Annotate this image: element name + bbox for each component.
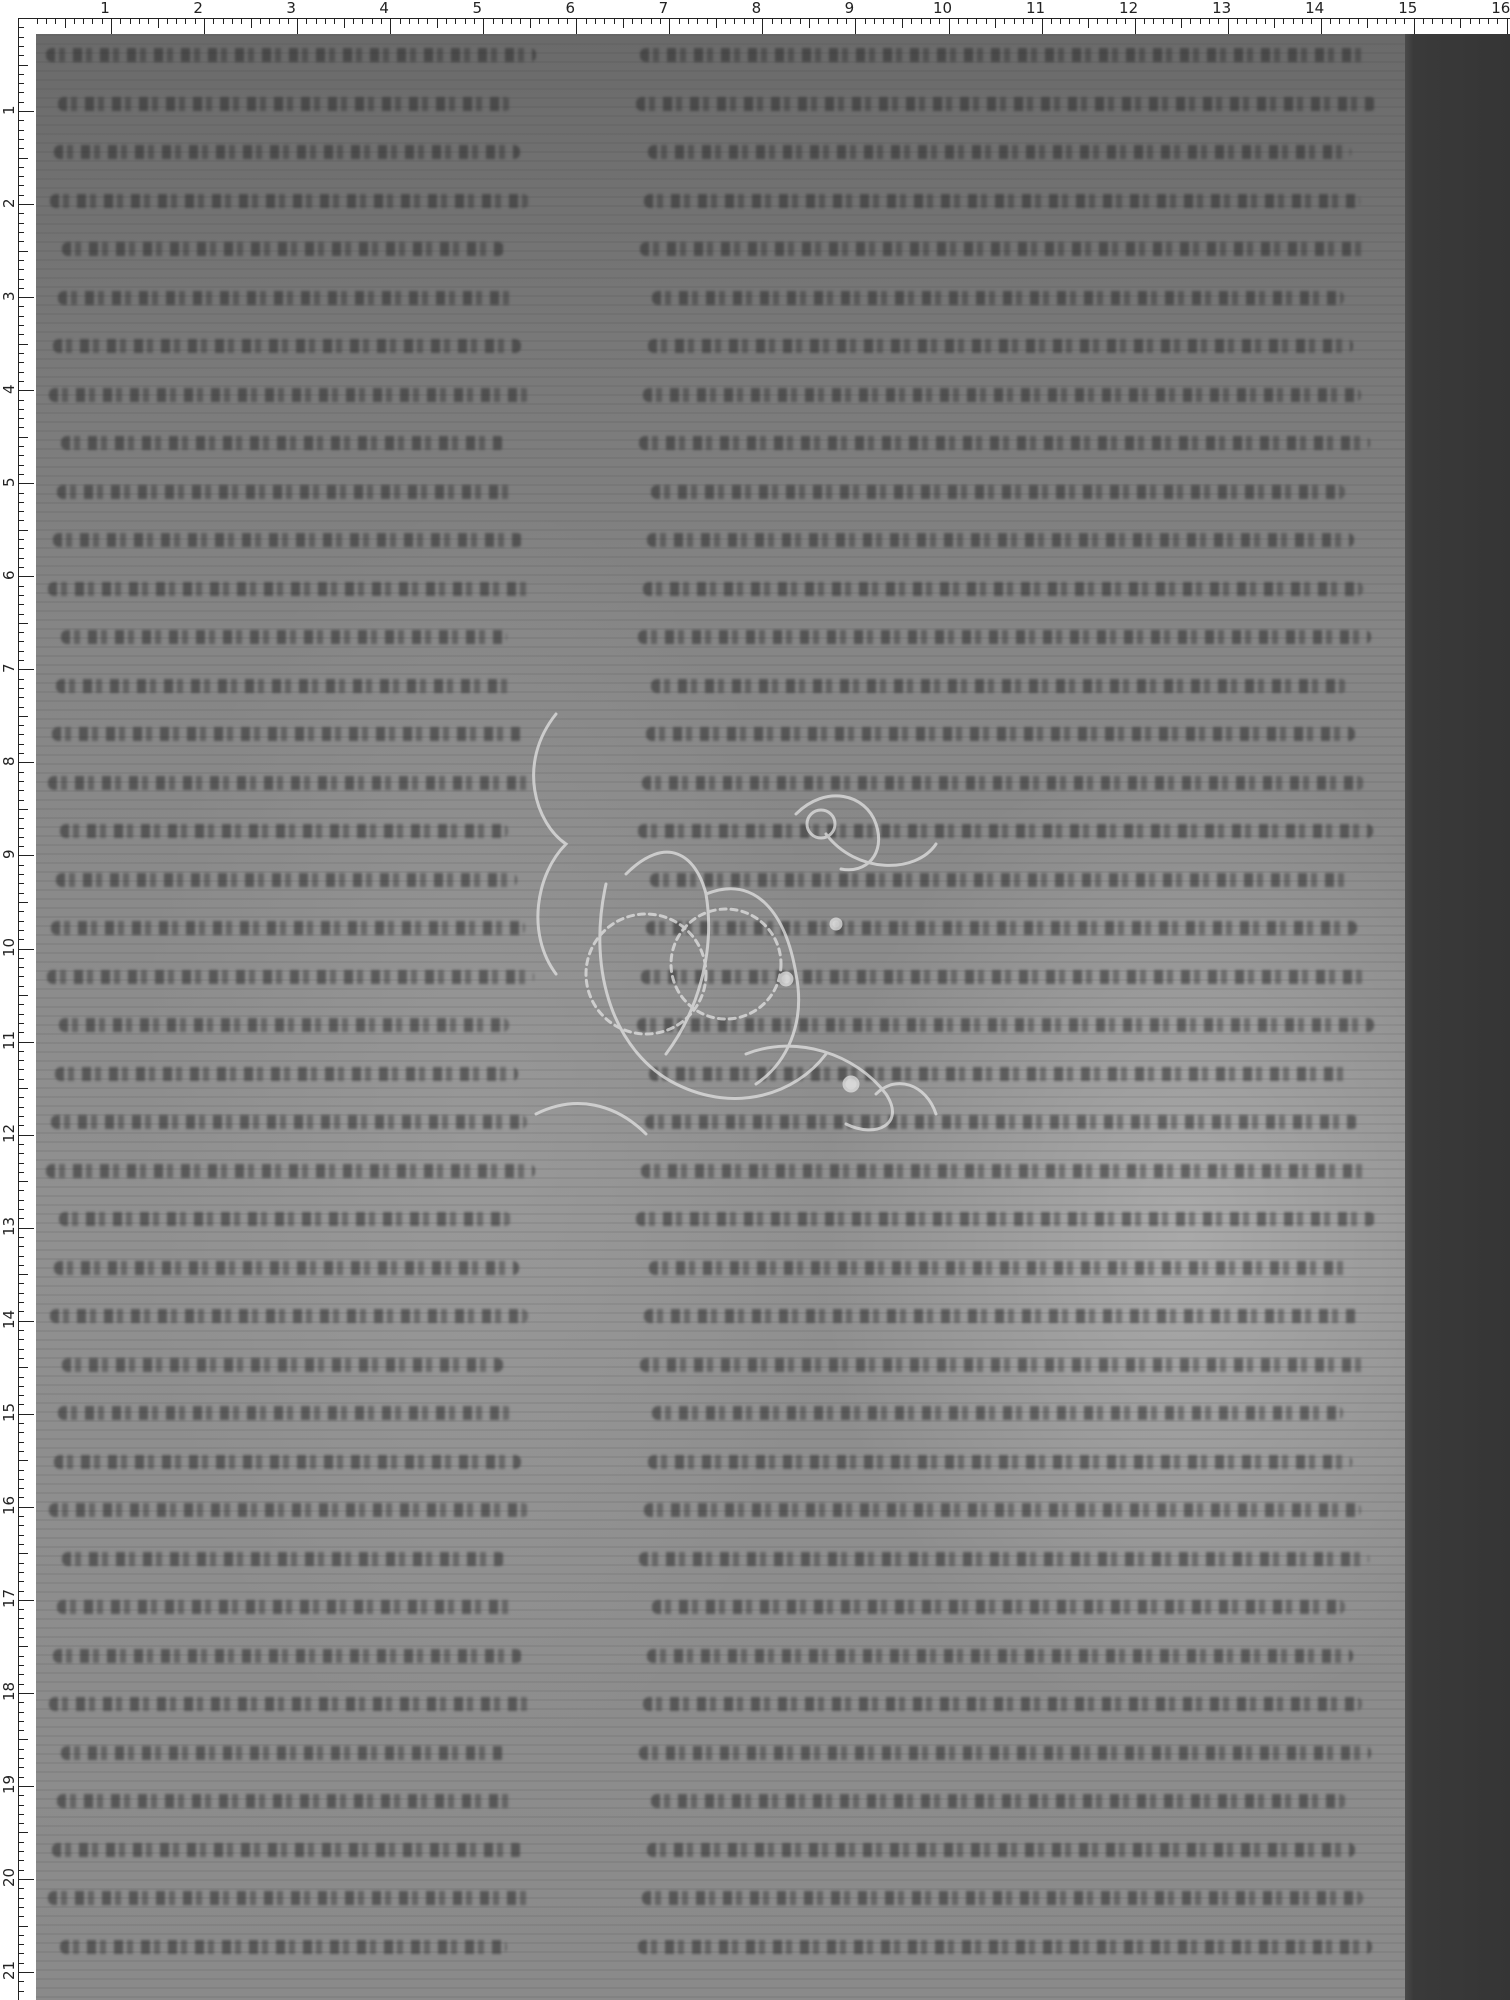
ruler-tick [37,18,38,24]
manuscript-text-line [62,1358,503,1372]
ruler-tick [18,902,28,903]
ruler-tick [539,18,540,24]
ruler-tick [18,1684,24,1685]
ruler-tick [865,18,866,24]
ruler-tick [18,586,24,587]
ruler-tick [446,18,447,24]
ruler-tick [18,1563,24,1564]
ruler-tick [1442,18,1443,24]
page-edge-shadow [1405,34,1510,2000]
ruler-tick [18,455,24,456]
manuscript-text-line [59,1018,509,1032]
ruler-tick [18,623,28,624]
manuscript-text-line [50,1309,528,1323]
ruler-tick [1470,18,1471,24]
manuscript-text-line [651,485,1345,499]
ruler-tick [18,353,24,354]
ruler-tick [18,1795,24,1796]
ruler-tick [18,232,24,233]
ruler-tick [614,18,615,24]
ruler-tick [18,762,34,763]
manuscript-text-line [60,824,508,838]
ruler-tick [18,1404,24,1405]
ruler-tick [18,1423,24,1424]
manuscript-text-line [46,48,536,62]
ruler-tick [18,855,34,856]
ruler-tick [148,18,149,24]
manuscript-text-line [47,970,534,984]
ruler-tick [18,688,24,689]
ruler-tick [18,1144,24,1145]
manuscript-text-line [643,582,1363,596]
ruler-tick [604,18,605,24]
ruler-tick [232,18,233,24]
ruler-tick [18,576,34,577]
ruler-tick [18,502,24,503]
ruler-tick [595,18,596,24]
ruler-tick [18,1879,34,1880]
ruler-tick [18,1200,24,1201]
ruler-tick [762,18,763,34]
ruler-tick [800,18,801,24]
ruler-tick [939,18,940,24]
ruler-tick [18,1079,24,1080]
ruler-tick [1144,18,1145,24]
ruler-tick [18,362,24,363]
ruler-tick [18,1116,24,1117]
ruler-tick [18,1367,28,1368]
manuscript-text-line [639,1746,1371,1760]
ruler-tick [18,1088,28,1089]
ruler-tick [18,809,28,810]
ruler-tick [18,1209,24,1210]
ruler-tick [18,893,24,894]
manuscript-text-line [61,630,507,644]
manuscript-text-line [56,873,517,887]
manuscript-text-line [638,1940,1372,1954]
ruler-tick [381,18,382,24]
ruler-tick [418,18,419,24]
ruler-tick [18,1739,28,1740]
ruler-tick [18,1349,24,1350]
ruler-tick [18,679,24,680]
ruler-tick [185,18,186,24]
ruler-tick [1404,18,1405,24]
ruler-tick [18,976,24,977]
ruler-tick [548,18,549,24]
manuscript-text-line [647,533,1354,547]
ruler-tick [1125,18,1126,24]
ruler-tick [18,1330,24,1331]
ruler-tick [828,18,829,24]
ruler-tick [18,1246,24,1247]
ruler-top-label: 5 [472,0,482,16]
ruler-tick [18,27,24,28]
manuscript-text-line [60,1940,507,1954]
manuscript-text-line [640,1358,1368,1372]
manuscript-text-line [636,1212,1375,1226]
ruler-tick [18,1060,24,1061]
ruler-tick [651,18,652,24]
ruler-tick [809,18,810,28]
ruler-tick [18,790,24,791]
ruler-tick [18,530,28,531]
ruler-tick [18,74,24,75]
manuscript-text-line [51,1115,527,1129]
ruler-tick [18,1553,28,1554]
ruler-left: 123456789101112131415161718192021 [0,0,34,2000]
manuscript-text-line [643,1697,1362,1711]
ruler-tick [18,1097,24,1098]
ruler-tick [1423,18,1424,24]
ruler-tick [18,195,24,196]
ruler-tick [1302,18,1303,24]
ruler-tick [18,167,24,168]
ruler-tick [297,18,298,34]
ruler-tick [18,1981,24,1982]
ruler-tick [567,18,568,24]
ruler-tick [1349,18,1350,24]
ruler-tick [930,18,931,24]
ruler-tick [967,18,968,24]
ruler-tick [18,604,24,605]
ruler-tick [18,567,24,568]
ruler-tick [18,744,24,745]
ruler-tick [18,753,24,754]
ruler-left-label: 6 [1,571,17,581]
manuscript-text-line [57,1794,515,1808]
ruler-tick [18,325,24,326]
ruler-tick [781,18,782,24]
ruler-tick [18,306,24,307]
ruler-tick [1460,18,1461,28]
ruler-left-label: 15 [1,1403,17,1422]
ruler-top-label: 14 [1305,0,1324,16]
ruler-tick [223,18,224,24]
ruler-tick [18,1963,24,1964]
ruler-tick [1163,18,1164,24]
manuscript-text-line [53,533,523,547]
ruler-tick [18,111,34,112]
ruler-tick [18,1032,24,1033]
manuscript-text-line [58,1406,512,1420]
ruler-tick [18,1860,24,1861]
ruler-left-label: 17 [1,1589,17,1608]
ruler-tick [18,1321,34,1322]
ruler-tick [18,1693,34,1694]
ruler-tick [18,1870,24,1871]
ruler-top-label: 6 [566,0,576,16]
ruler-tick [18,734,24,735]
manuscript-text-line [644,194,1360,208]
manuscript-text-line [54,1455,521,1469]
ruler-top-label: 15 [1398,0,1417,16]
ruler-tick [18,1135,34,1136]
ruler-tick [455,18,456,24]
manuscript-text-line [641,1164,1367,1178]
ruler-top-label: 11 [1026,0,1045,16]
ruler-tick [18,1898,24,1899]
ruler-tick [18,1637,24,1638]
ruler-tick [1330,18,1331,24]
ruler-tick [167,18,168,24]
manuscript-text-line [639,436,1370,450]
ruler-tick [18,316,24,317]
ruler-tick [511,18,512,24]
ruler-tick [18,176,24,177]
ruler-tick [1097,18,1098,24]
ruler-tick [18,1516,24,1517]
ruler-tick [269,18,270,24]
ruler-tick [18,511,24,512]
manuscript-text-line [61,1746,506,1760]
ruler-tick [18,707,24,708]
manuscript-scan [36,34,1510,2000]
ruler-tick [18,1935,24,1936]
ruler-tick [18,1702,24,1703]
ruler-tick [130,18,131,24]
ruler-tick [1079,18,1080,24]
ruler-tick [18,493,24,494]
ruler-tick [18,1228,34,1229]
ruler-tick [18,939,24,940]
manuscript-text-line [651,1794,1346,1808]
ruler-tick [18,1293,24,1294]
ruler-tick [1218,18,1219,24]
ruler-tick [18,37,24,38]
ruler-tick [18,1004,24,1005]
ruler-tick [18,986,24,987]
ruler-tick [18,1432,24,1433]
ruler-tick [1497,18,1498,24]
ruler-tick [1200,18,1201,24]
ruler-tick [1479,18,1480,24]
ruler-left-label: 7 [1,664,17,674]
ruler-tick [437,18,438,28]
ruler-top-label: 13 [1212,0,1231,16]
ruler-tick [18,1730,24,1731]
manuscript-text-line [58,97,511,111]
ruler-tick [976,18,977,24]
ruler-tick [158,18,159,28]
ruler-tick [1237,18,1238,24]
manuscript-text-line [647,1649,1353,1663]
ruler-tick [734,18,735,24]
ruler-tick [1014,18,1015,24]
ruler-tick [18,1377,24,1378]
ruler-tick [1116,18,1117,24]
ruler-tick [18,595,24,596]
ruler-tick [18,1125,24,1126]
ruler-tick [18,1944,24,1945]
ruler-top-label: 8 [752,0,762,16]
manuscript-text-line [49,388,530,402]
ruler-tick [18,260,24,261]
ruler-tick [18,279,24,280]
manuscript-text-line [54,1261,519,1275]
ruler-tick [18,1414,34,1415]
ruler-tick [1051,18,1052,24]
ruler-tick [18,558,24,559]
ruler-tick [1274,18,1275,28]
ruler-tick [18,725,24,726]
ruler-tick [334,18,335,24]
ruler-tick [18,465,24,466]
ruler-tick [669,18,670,34]
ruler-tick [353,18,354,24]
ruler-tick [688,18,689,24]
ruler-tick [18,949,34,950]
ruler-tick [1172,18,1173,24]
ruler-tick [325,18,326,24]
ruler-tick [18,837,24,838]
ruler-tick [641,18,642,24]
ruler-tick [18,1051,24,1052]
ruler-tick [18,83,24,84]
ruler-tick [18,632,24,633]
ruler-top-label: 9 [845,0,855,16]
ruler-tick [18,344,28,345]
ruler-tick [1107,18,1108,24]
ruler-top-label: 12 [1119,0,1138,16]
ruler-tick [18,846,24,847]
ruler-tick [18,409,24,410]
manuscript-text-line [648,339,1353,353]
manuscript-text-line [642,1891,1363,1905]
ruler-tick [195,18,196,24]
manuscript-text-line [50,194,529,208]
ruler-tick [1032,18,1033,24]
ruler-tick [1228,18,1229,34]
ruler-tick [18,1842,24,1843]
ruler-tick [18,1395,24,1396]
ruler-tick [530,18,531,28]
ruler-tick [65,18,66,28]
ruler-tick [18,1581,24,1582]
ruler-tick [1256,18,1257,24]
ruler-tick [18,1591,24,1592]
ruler-tick [921,18,922,24]
ruler-tick [55,18,56,24]
ruler-tick [18,1888,24,1889]
ruler-tick [586,18,587,24]
ruler-tick [1432,18,1433,24]
ruler-tick [18,1572,24,1573]
ruler-tick [18,1628,24,1629]
ruler-tick [18,372,24,373]
ruler-tick [1339,18,1340,24]
ruler-tick [18,1851,24,1852]
ruler-tick [1246,18,1247,24]
ruler-left-label: 10 [1,937,17,956]
ruler-tick [1488,18,1489,24]
ruler-tick [18,185,24,186]
ruler-left-label: 21 [1,1961,17,1980]
ruler-tick [18,1069,24,1070]
ruler-tick [818,18,819,24]
ruler-tick [111,18,112,34]
manuscript-text-line [652,291,1344,305]
ruler-tick [139,18,140,24]
manuscript-text-line [51,921,525,935]
ruler-tick [18,651,24,652]
ruler-tick [725,18,726,24]
ruler-tick [493,18,494,24]
ruler-tick [46,18,47,24]
ruler-tick [18,669,34,670]
ruler-tick [1386,18,1387,24]
manuscript-text-line [46,1164,535,1178]
ruler-left-label: 18 [1,1682,17,1701]
ruler-tick [18,865,24,866]
ruler-tick [18,1479,24,1480]
ruler-tick [18,92,24,93]
ruler-tick [483,18,484,34]
ruler-tick [18,697,24,698]
ruler-left-label: 16 [1,1496,17,1515]
manuscript-text-line [643,388,1361,402]
ruler-tick [18,883,24,884]
ruler-tick [260,18,261,24]
ruler-tick [893,18,894,24]
ruler-tick [18,1609,24,1610]
ruler-left-label: 9 [1,850,17,860]
ruler-tick [18,437,28,438]
ruler-tick [18,334,24,335]
ruler-tick [1367,18,1368,28]
ruler-tick [362,18,363,24]
ruler-tick [1004,18,1005,24]
ruler-tick [18,800,24,801]
manuscript-text-line [55,1067,518,1081]
ruler-tick [409,18,410,24]
ruler-tick [18,251,28,252]
ruler-tick [18,1674,24,1675]
ruler-tick [18,1758,24,1759]
ruler-tick [18,1302,24,1303]
manuscript-text-line [639,1552,1369,1566]
manuscript-text-line [62,242,504,256]
ruler-tick [18,1163,24,1164]
ruler-tick [18,223,24,224]
ruler-tick [18,1972,34,1973]
ruler-tick [874,18,875,24]
ruler-left-label: 1 [1,106,17,116]
ruler-tick [18,1823,24,1824]
ruler-tick [18,1237,24,1238]
ruler-tick [558,18,559,24]
ruler-tick [697,18,698,24]
ruler-top-label: 10 [933,0,952,16]
ruler-tick [1293,18,1294,24]
ruler-tick [18,1544,24,1545]
ruler-left-label: 8 [1,757,17,767]
ruler-tick [18,828,24,829]
ruler-tick [18,1991,24,1992]
ruler-tick [18,1618,24,1619]
ruler-tick [18,1525,24,1526]
ruler-top-label: 7 [659,0,669,16]
ruler-tick [372,18,373,24]
ruler-tick [92,18,93,24]
ruler-tick [958,18,959,24]
ruler-tick [18,1712,24,1713]
ruler-tick [465,18,466,24]
ruler-tick [18,18,34,19]
manuscript-text-line [62,1552,505,1566]
decorated-initial [496,674,946,1144]
ruler-tick [18,1218,24,1219]
